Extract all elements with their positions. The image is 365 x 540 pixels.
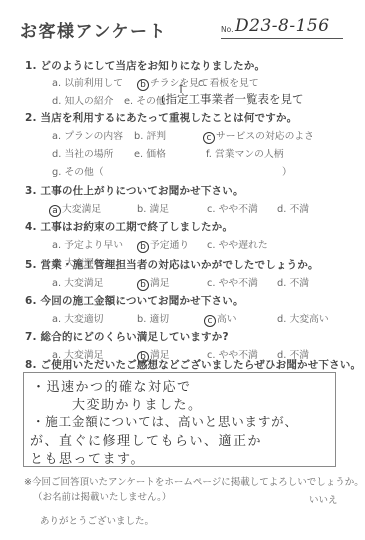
number-label: No. — [221, 25, 233, 34]
q1-option-a[interactable]: a. 以前利用して — [52, 75, 123, 89]
selected-circle-icon: c — [204, 315, 216, 327]
q2-other-close-paren: ） — [282, 164, 292, 178]
option-text: やや不満 — [219, 278, 258, 289]
comment-line-3: ・施工金額については、高いと思いますが、 — [32, 412, 298, 430]
option-text: 看板を見て — [210, 78, 259, 89]
option-text: 大変適切 — [64, 314, 103, 325]
option-text: 大変高い — [289, 314, 328, 325]
number-value: D23-8-156 — [235, 16, 330, 36]
option-letter: d. — [277, 204, 286, 215]
q4-option-b[interactable]: b予定通り — [137, 237, 189, 253]
selected-circle-icon: c — [203, 132, 215, 144]
q1-other-handwritten: (指定工事業者一覧表を見て — [161, 91, 304, 107]
q2-option-e[interactable]: e. 価格 — [134, 146, 166, 160]
option-letter: b. — [137, 314, 146, 325]
option-letter: a. — [52, 78, 61, 89]
option-text: 知人の紹介 — [64, 96, 113, 107]
q5-option-c[interactable]: c. やや不満 — [207, 275, 258, 289]
comment-textarea[interactable]: ・迅速かつ的確な対応で 大変助かりました。 ・施工金額については、高いと思います… — [23, 372, 336, 467]
option-letter: e. — [134, 149, 143, 160]
question-7-label: 7. 総合的にどのくらい満足していますか? — [25, 329, 229, 344]
option-text: 予定より早い — [64, 240, 123, 251]
option-letter: e. — [124, 96, 133, 107]
q3-option-c[interactable]: c. やや不満 — [207, 201, 258, 215]
selected-circle-icon: a — [49, 205, 61, 217]
option-text: 予定通り — [150, 240, 189, 251]
q1-option-d[interactable]: d. 知人の紹介 — [52, 93, 113, 107]
selected-circle-icon: b — [137, 279, 149, 291]
option-text: 評判 — [146, 131, 166, 142]
q6-option-d[interactable]: d. 大変高い — [277, 311, 329, 325]
option-letter: c. — [198, 78, 207, 89]
q6-option-b[interactable]: b. 適切 — [137, 311, 169, 325]
option-letter: a. — [52, 131, 61, 142]
question-3-label: 3. 工事の仕上がりについてお聞かせ下さい。 — [25, 183, 244, 198]
q2-option-a[interactable]: a. プランの内容 — [52, 128, 123, 142]
option-text: 大変満足 — [64, 278, 103, 289]
option-letter: b. — [137, 204, 146, 215]
option-letter: f. — [206, 149, 212, 160]
q2-option-g[interactable]: g. その他（ — [52, 164, 104, 178]
option-text: 不満 — [289, 278, 309, 289]
comment-line-1: ・迅速かつ的確な対応で — [32, 376, 192, 395]
selected-circle-icon: b — [137, 79, 149, 91]
option-text: 高い — [217, 314, 237, 325]
question-8-label: 8. ご使用いただいたご感想などございましたらぜひお聞かせ下さい。 — [25, 357, 361, 372]
thank-you-text: ありがとうございました。 — [40, 513, 154, 527]
q4-option-a[interactable]: a. 予定より早い — [52, 237, 123, 251]
comment-line-5: とも思ってます。 — [30, 448, 145, 467]
answer-no-option[interactable]: いいえ — [309, 492, 338, 506]
option-letter: c. — [207, 278, 216, 289]
option-text: サービスの対応のよさ — [216, 131, 314, 142]
option-text: 価格 — [146, 149, 166, 160]
option-letter: d. — [52, 96, 61, 107]
option-text: やや遅れた — [219, 240, 268, 251]
comment-line-2: 大変助かりました。 — [72, 394, 203, 413]
option-text: 営業マンの人柄 — [215, 149, 284, 160]
option-letter: c. — [207, 204, 216, 215]
question-4-label: 4. 工事はお約束の工期で終了しましたか。 — [25, 219, 233, 234]
q5-option-b[interactable]: b満足 — [137, 275, 170, 291]
publish-permission-subnote: （お名前は掲載いたしません。） — [33, 489, 171, 503]
option-text: 以前利用して — [64, 78, 123, 89]
option-text: 適切 — [149, 314, 169, 325]
option-letter: d. — [52, 149, 61, 160]
question-1-label: 1. どのようにして当店をお知りになりましたか。 — [25, 58, 265, 73]
option-letter: d. — [277, 278, 286, 289]
question-2-label: 2. 当店を利用するにあたって重視したことは何ですか。 — [25, 110, 297, 125]
q3-option-a[interactable]: a大変満足 — [49, 201, 101, 217]
option-letter: a. — [52, 240, 61, 251]
option-letter: b. — [134, 131, 143, 142]
survey-number-field: No. D23-8-156 — [221, 18, 343, 39]
publish-permission-note: ※今回ご回答頂いたアンケートをホームページに掲載してよろしいでしょうか。 — [24, 474, 364, 488]
option-text: やや不満 — [219, 204, 258, 215]
option-text: 当社の場所 — [64, 149, 113, 160]
option-letter: c. — [207, 240, 216, 251]
q2-option-d[interactable]: d. 当社の場所 — [52, 146, 113, 160]
q2-option-b[interactable]: b. 評判 — [134, 128, 166, 142]
selected-circle-icon: b — [137, 241, 149, 253]
q2-option-c[interactable]: cサービスの対応のよさ — [203, 128, 314, 144]
q6-option-c[interactable]: c高い — [204, 311, 237, 327]
option-text: 大変満足 — [62, 204, 101, 215]
option-text: 満足 — [149, 204, 169, 215]
q3-option-b[interactable]: b. 満足 — [137, 201, 169, 215]
q1-option-e[interactable]: e. その他 — [124, 93, 166, 107]
comment-line-4: が、直ぐに修理してもらい、適正か — [30, 430, 262, 449]
option-letter: d. — [277, 314, 286, 325]
q6-option-a[interactable]: a. 大変適切 — [52, 311, 103, 325]
q3-option-d[interactable]: d. 不満 — [277, 201, 309, 215]
question-5-label: 5. 営業・施工管理担当者の対応はいかがでしたでしょうか。 — [25, 257, 319, 272]
option-letter: a. — [52, 314, 61, 325]
option-letter: a. — [52, 278, 61, 289]
q2-option-f[interactable]: f. 営業マンの人柄 — [206, 146, 284, 160]
option-letter: g. — [52, 167, 61, 178]
question-6-label: 6. 今回の施工金額についてお聞かせ下さい。 — [25, 293, 244, 308]
option-text: その他（ — [64, 167, 103, 178]
q5-option-a[interactable]: a. 大変満足 — [52, 275, 103, 289]
q4-option-c[interactable]: c. やや遅れた — [207, 237, 268, 251]
option-text: 不満 — [289, 204, 309, 215]
option-text: 満足 — [150, 278, 170, 289]
option-text: プランの内容 — [64, 131, 123, 142]
page-title: お客様アンケート — [20, 17, 167, 42]
q1-option-c[interactable]: c. 看板を見て — [198, 75, 259, 89]
q5-option-d[interactable]: d. 不満 — [277, 275, 309, 289]
